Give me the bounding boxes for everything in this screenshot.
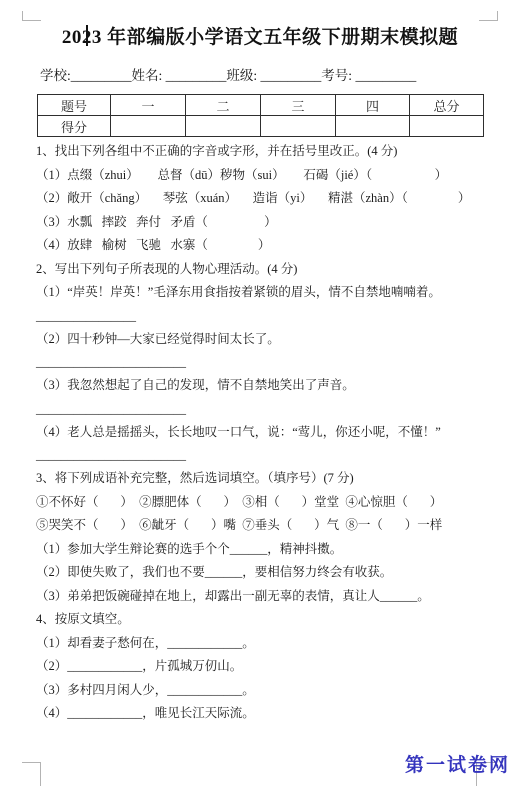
score-cell[interactable]: [186, 116, 261, 137]
class-label: 班级:: [226, 68, 257, 83]
school-label: 学校:: [40, 68, 71, 83]
question-2-item-3: （3）我忽然想起了自己的发现，情不自禁地笑出了声音。: [36, 378, 494, 392]
footer-brand: 第一试卷网: [405, 750, 510, 777]
margin-crop-mark-bottom-left: [22, 762, 41, 786]
exam-no-blank[interactable]: _________: [352, 68, 416, 83]
score-cell[interactable]: [410, 116, 484, 137]
score-cell[interactable]: [336, 116, 410, 137]
exam-no-label: 考号:: [321, 68, 352, 83]
answer-blank-line[interactable]: ________________: [36, 309, 494, 323]
question-3-idiom-line-2: ⑤哭笑不（ ） ⑥龇牙（ ）嘴 ⑦垂头（ ）气 ⑧一（ ）一样: [36, 518, 494, 532]
name-label: 姓名:: [132, 68, 163, 83]
question-4-item-2: （2）____________，片孤城万仞山。: [36, 659, 494, 673]
question-1-item-1: （1）点缀（zhui） 总督（dū）秽物（sui） 石碣（jié）（ ）: [36, 168, 494, 182]
name-blank[interactable]: _________: [162, 68, 226, 83]
score-table-header-row: 题号 一 二 三 四 总分: [38, 95, 484, 116]
question-4-item-1: （1）却看妻子愁何在，____________。: [36, 636, 494, 650]
question-1-item-3: （3）水瓢 摔跤 奔付 矛盾（ ）: [36, 215, 494, 229]
question-3-item-3: （3）弟弟把饭碗碰掉在地上，却露出一副无辜的表情，真让人______。: [36, 589, 494, 603]
margin-crop-mark-top-right: [479, 11, 498, 21]
score-table-header-timu: 题号: [38, 95, 111, 116]
margin-crop-mark-top-left: [22, 11, 41, 21]
answer-blank-line[interactable]: ________________________: [36, 355, 494, 369]
exam-body: 1、找出下列各组中不正确的字音或字形，并在括号里改正。(4 分) （1）点缀（z…: [36, 144, 494, 720]
score-table-score-row: 得分: [38, 116, 484, 137]
question-4-item-3: （3）多村四月闲人少，____________。: [36, 683, 494, 697]
question-4-item-4: （4）____________，唯见长江天际流。: [36, 706, 494, 720]
answer-blank-line[interactable]: ________________________: [36, 402, 494, 416]
score-row-label: 得分: [38, 116, 111, 137]
question-1-item-4: （4）放肆 榆树 飞驰 水寨（ ）: [36, 238, 494, 252]
answer-blank-line[interactable]: ________________________: [36, 448, 494, 462]
question-2-item-1: （1）“岸英！岸英！”毛泽东用食指按着紧锁的眉头，情不自禁地喃喃着。: [36, 285, 494, 299]
question-3-idiom-line-1: ①不怀好（ ） ②膘肥体（ ） ③相（ ）堂堂 ④心惊胆（ ）: [36, 495, 494, 509]
page-title: 2023 年部编版小学语文五年级下册期末模拟题: [0, 0, 520, 49]
score-cell[interactable]: [111, 116, 186, 137]
question-1-item-2: （2）敞开（chǎng） 琴弦（xuán） 造诣（yi） 精湛（zhàn）（ ）: [36, 191, 494, 205]
score-table-header-1: 一: [111, 95, 186, 116]
question-1-title: 1、找出下列各组中不正确的字音或字形，并在括号里改正。(4 分): [36, 144, 494, 158]
question-3-item-2: （2）即使失败了，我们也不要______，要相信努力终会有收获。: [36, 565, 494, 579]
text-cursor: [86, 25, 88, 46]
question-3-item-1: （1）参加大学生辩论赛的选手个个______，精神抖擞。: [36, 542, 494, 556]
student-info-line: 学校:_________姓名: _________班级: _________考号…: [40, 64, 486, 84]
score-cell[interactable]: [261, 116, 336, 137]
score-table: 题号 一 二 三 四 总分 得分: [37, 94, 484, 137]
question-3-title: 3、将下列成语补充完整，然后选词填空。（填序号）(7 分): [36, 471, 494, 485]
score-table-header-3: 三: [261, 95, 336, 116]
school-blank[interactable]: _________: [71, 68, 132, 83]
score-table-header-total: 总分: [410, 95, 484, 116]
class-blank[interactable]: _________: [257, 68, 321, 83]
document-page: 2023 年部编版小学语文五年级下册期末模拟题 学校:_________姓名: …: [0, 0, 520, 786]
score-table-header-4: 四: [336, 95, 410, 116]
question-2-item-4: （4）老人总是摇摇头，长长地叹一口气，说：“莺儿，你还小呢，不懂！”: [36, 425, 494, 439]
question-2-item-2: （2）四十秒钟—大家已经觉得时间太长了。: [36, 332, 494, 346]
question-2-title: 2、写出下列句子所表现的人物心理活动。(4 分): [36, 262, 494, 276]
question-4-title: 4、按原文填空。: [36, 612, 494, 626]
score-table-header-2: 二: [186, 95, 261, 116]
